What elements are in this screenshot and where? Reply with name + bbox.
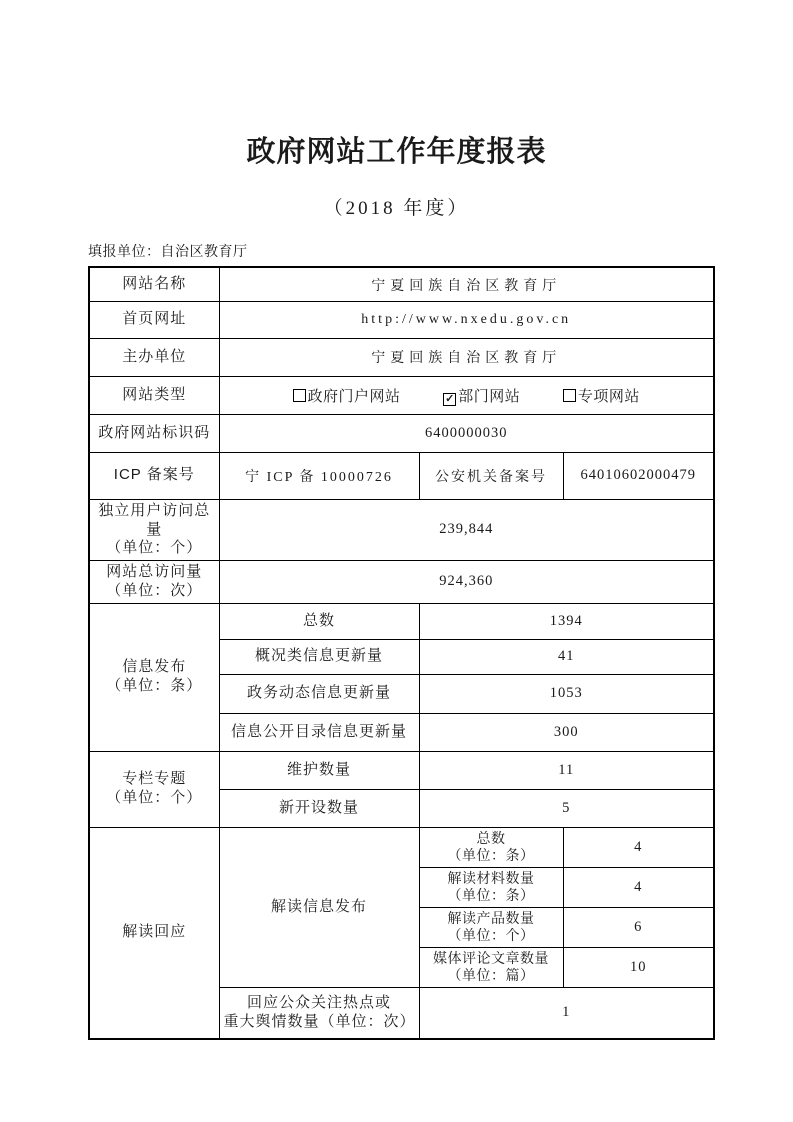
interpret-row-value: 10 bbox=[563, 947, 714, 987]
info-publish-row-value: 300 bbox=[419, 713, 714, 751]
table-row-site-name: 网站名称 宁夏回族自治区教育厅 bbox=[89, 267, 714, 301]
table-row-total-visits: 网站总访问量 （单位：次） 924,360 bbox=[89, 561, 714, 604]
table-row-home-url: 首页网址 http://www.nxedu.gov.cn bbox=[89, 301, 714, 338]
page-title: 政府网站工作年度报表 bbox=[0, 0, 793, 169]
special-columns-row-label: 新开设数量 bbox=[219, 789, 419, 827]
checked-checkbox-icon: ✓ bbox=[443, 393, 456, 406]
info-publish-row-label: 概况类信息更新量 bbox=[219, 639, 419, 674]
site-type-option-label: 政府门户网站 bbox=[308, 388, 401, 405]
document-page: 政府网站工作年度报表 （2018 年度） 填报单位：自治区教育厅 网站名称 宁夏… bbox=[0, 0, 793, 1122]
special-columns-row-value: 5 bbox=[419, 789, 714, 827]
organizer-label: 主办单位 bbox=[89, 338, 219, 376]
unique-visitors-value: 239,844 bbox=[219, 499, 714, 560]
unchecked-checkbox-icon bbox=[563, 389, 576, 402]
site-name-label: 网站名称 bbox=[89, 267, 219, 301]
special-columns-row-value: 11 bbox=[419, 751, 714, 789]
info-publish-row-label: 政务动态信息更新量 bbox=[219, 674, 419, 713]
interpret-row-label: 总数 （单位：条） bbox=[419, 827, 563, 867]
interpret-row-value: 4 bbox=[563, 867, 714, 907]
site-code-label: 政府网站标识码 bbox=[89, 414, 219, 452]
table-row-unique-visitors: 独立用户访问总量 （单位：个） 239,844 bbox=[89, 499, 714, 560]
interpret-row-value: 4 bbox=[563, 827, 714, 867]
interpret-publish-label: 解读信息发布 bbox=[219, 827, 419, 987]
site-type-option-department: ✓部门网站 bbox=[443, 385, 520, 406]
site-name-value: 宁夏回族自治区教育厅 bbox=[219, 267, 714, 301]
hotspot-response-label: 回应公众关注热点或 重大舆情数量（单位：次） bbox=[219, 987, 419, 1039]
table-row-organizer: 主办单位 宁夏回族自治区教育厅 bbox=[89, 338, 714, 376]
info-publish-group-label: 信息发布 （单位：条） bbox=[89, 603, 219, 751]
total-visits-value: 924,360 bbox=[219, 561, 714, 604]
hotspot-response-value: 1 bbox=[419, 987, 714, 1039]
special-columns-group-label: 专栏专题 （单位：个） bbox=[89, 751, 219, 827]
interpret-row-label: 媒体评论文章数量 （单位：篇） bbox=[419, 947, 563, 987]
info-publish-row-label: 信息公开目录信息更新量 bbox=[219, 713, 419, 751]
info-publish-row-value: 1394 bbox=[419, 603, 714, 639]
info-publish-row-label: 总数 bbox=[219, 603, 419, 639]
report-table: 网站名称 宁夏回族自治区教育厅 首页网址 http://www.nxedu.go… bbox=[88, 266, 715, 1040]
home-url-label: 首页网址 bbox=[89, 301, 219, 338]
table-row-info-publish-total: 信息发布 （单位：条） 总数 1394 bbox=[89, 603, 714, 639]
interpret-group-label: 解读回应 bbox=[89, 827, 219, 1039]
unchecked-checkbox-icon bbox=[293, 389, 306, 402]
table-row-interpret-total: 解读回应 解读信息发布 总数 （单位：条） 4 bbox=[89, 827, 714, 867]
info-publish-row-value: 1053 bbox=[419, 674, 714, 713]
site-type-label: 网站类型 bbox=[89, 376, 219, 414]
site-type-options: 政府门户网站 ✓部门网站 专项网站 bbox=[219, 376, 714, 414]
interpret-row-value: 6 bbox=[563, 907, 714, 947]
site-code-value: 6400000030 bbox=[219, 414, 714, 452]
site-type-option-label: 专项网站 bbox=[578, 388, 640, 405]
police-record-label: 公安机关备案号 bbox=[419, 452, 563, 499]
total-visits-label: 网站总访问量 （单位：次） bbox=[89, 561, 219, 604]
info-publish-row-value: 41 bbox=[419, 639, 714, 674]
page-subtitle: （2018 年度） bbox=[0, 193, 793, 220]
police-record-value: 64010602000479 bbox=[563, 452, 714, 499]
site-type-option-label: 部门网站 bbox=[458, 388, 520, 405]
table-row-icp: ICP 备案号 宁 ICP 备 10000726 公安机关备案号 6401060… bbox=[89, 452, 714, 499]
organizer-value: 宁夏回族自治区教育厅 bbox=[219, 338, 714, 376]
reporting-unit: 填报单位：自治区教育厅 bbox=[88, 241, 793, 261]
interpret-row-label: 解读材料数量 （单位：条） bbox=[419, 867, 563, 907]
special-columns-row-label: 维护数量 bbox=[219, 751, 419, 789]
home-url-value: http://www.nxedu.gov.cn bbox=[219, 301, 714, 338]
table-row-site-code: 政府网站标识码 6400000030 bbox=[89, 414, 714, 452]
site-type-option-portal: 政府门户网站 bbox=[293, 385, 401, 406]
table-row-special-maintain: 专栏专题 （单位：个） 维护数量 11 bbox=[89, 751, 714, 789]
unique-visitors-label: 独立用户访问总量 （单位：个） bbox=[89, 499, 219, 560]
icp-value: 宁 ICP 备 10000726 bbox=[219, 452, 419, 499]
table-row-site-type: 网站类型 政府门户网站 ✓部门网站 专项网站 bbox=[89, 376, 714, 414]
icp-label: ICP 备案号 bbox=[89, 452, 219, 499]
site-type-option-special: 专项网站 bbox=[563, 385, 640, 406]
interpret-row-label: 解读产品数量 （单位：个） bbox=[419, 907, 563, 947]
